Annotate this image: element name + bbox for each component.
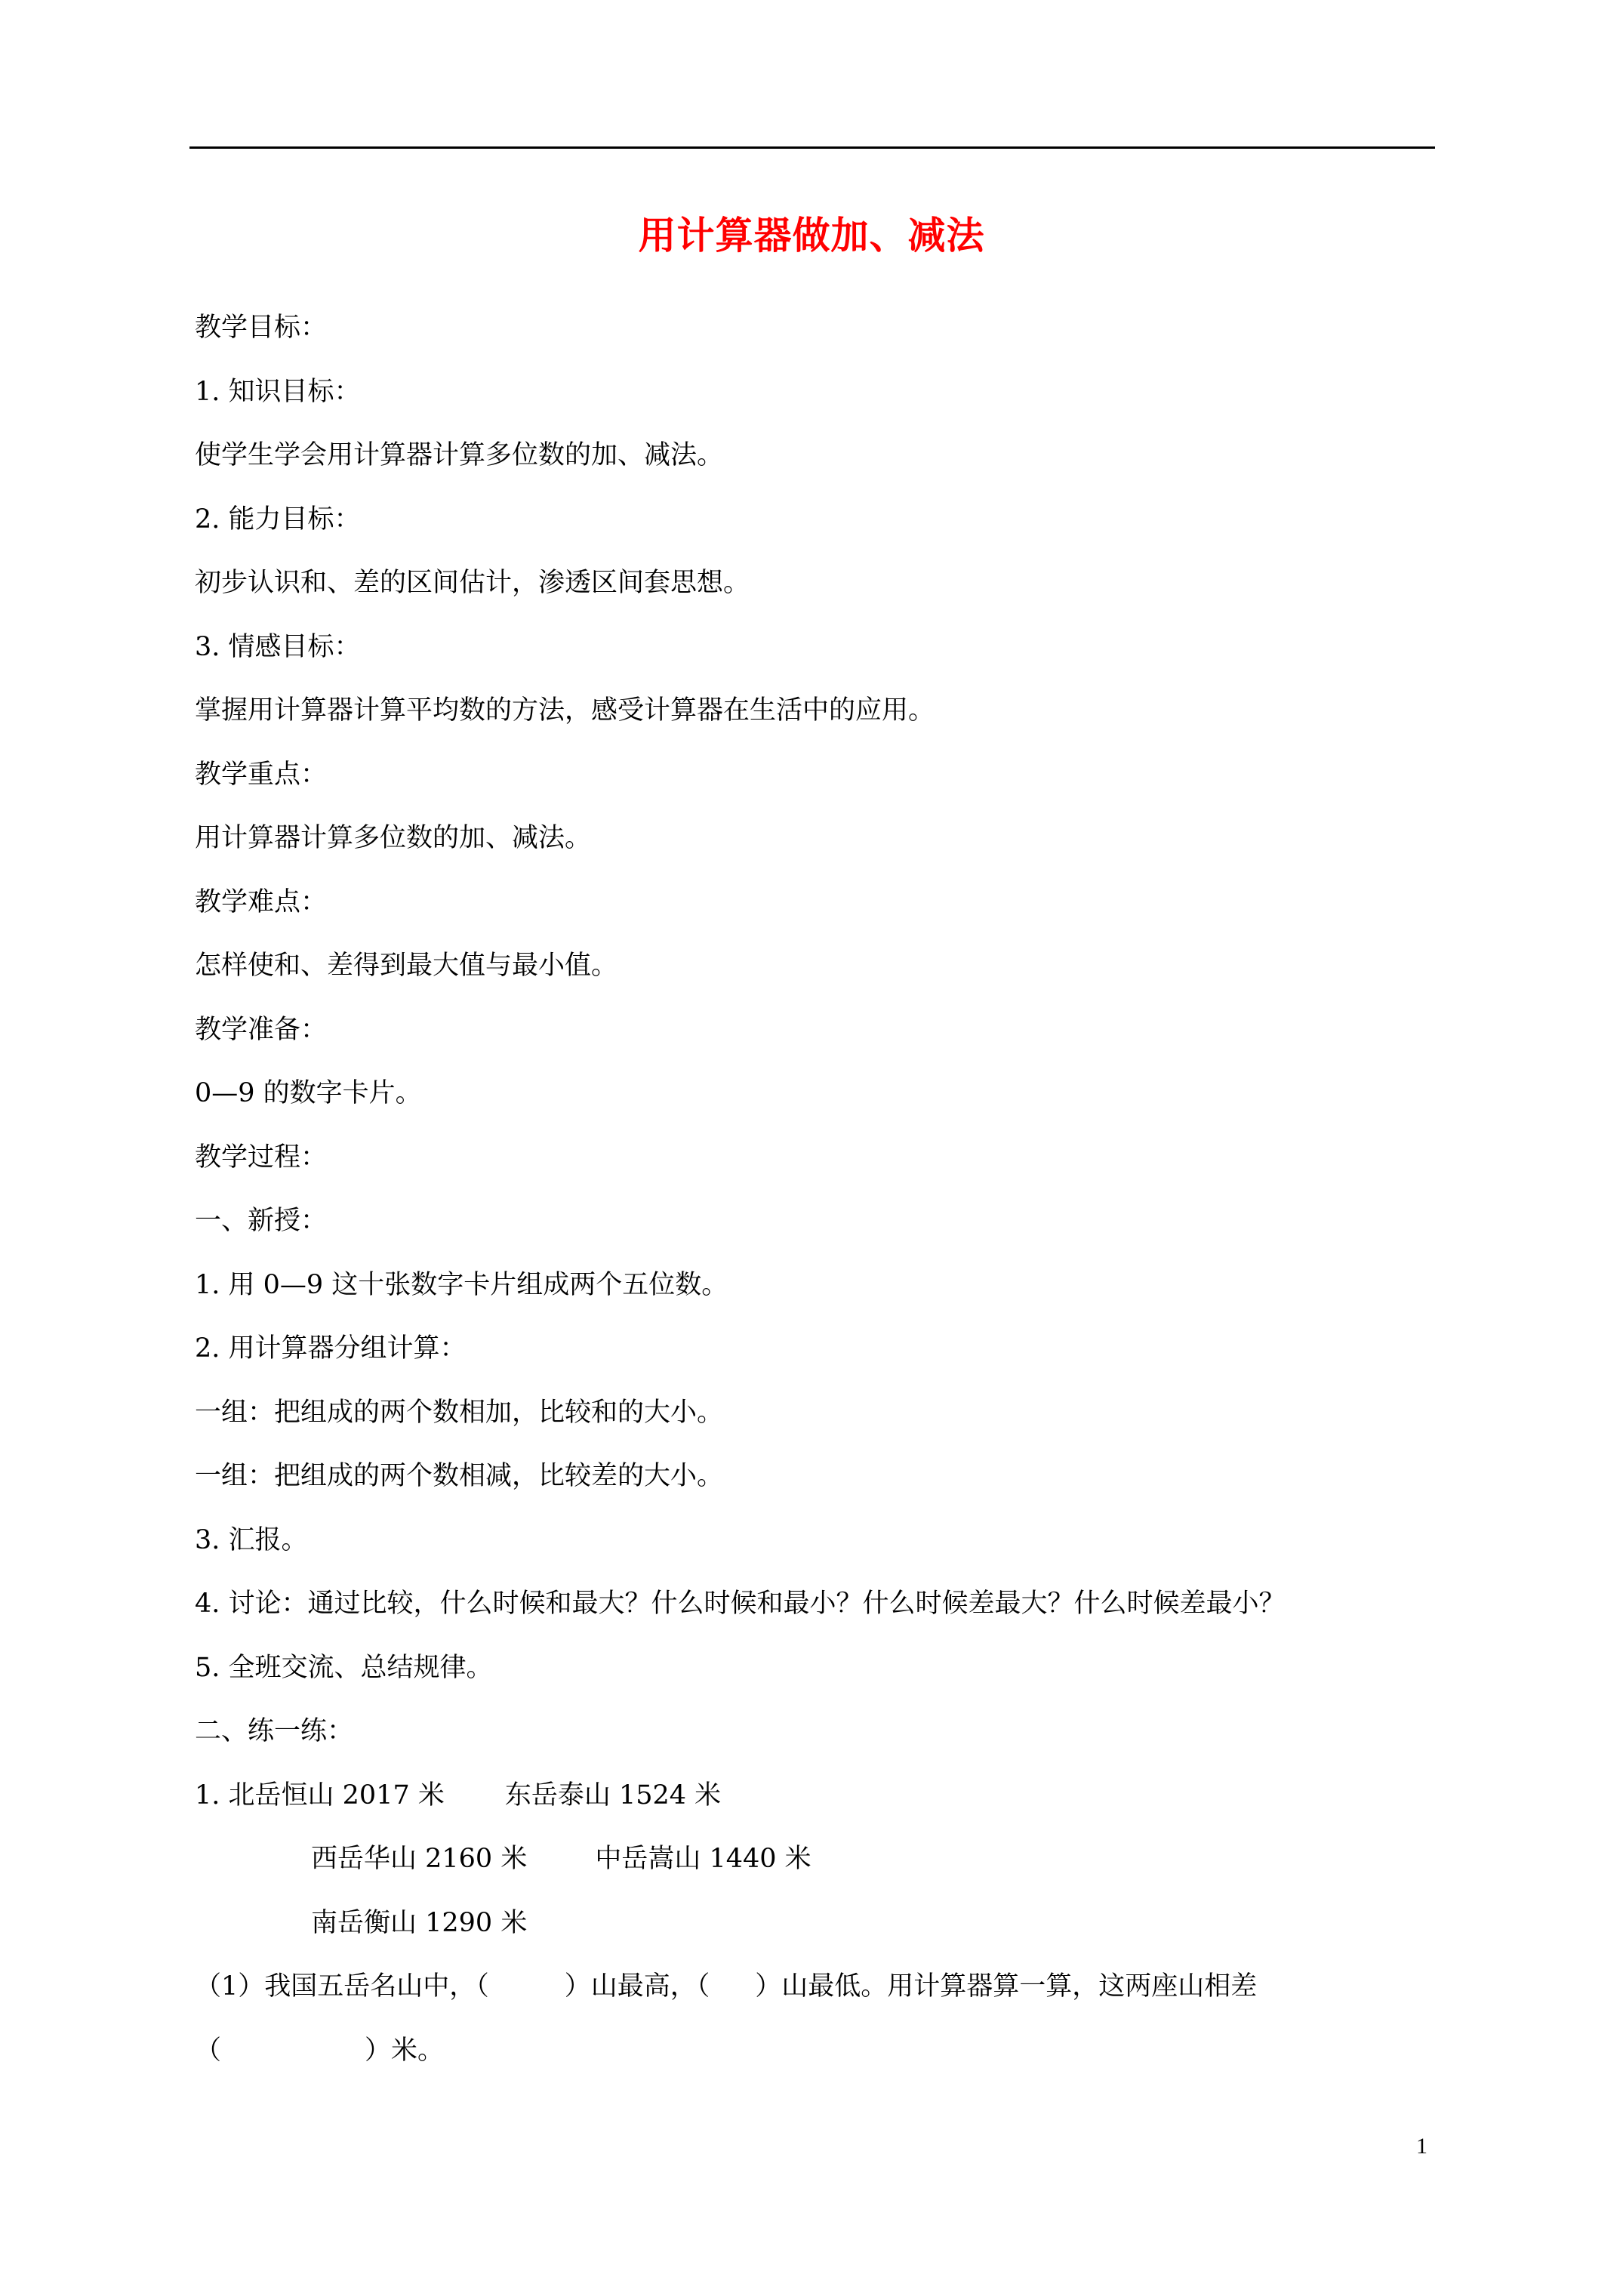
exercise-number: 1. <box>195 1780 229 1811</box>
knowledge-objective-heading: 1. 知识目标： <box>195 360 1440 424</box>
ability-objective-heading: 2. 能力目标： <box>195 488 1440 552</box>
section-heading-objectives: 教学目标： <box>195 296 1440 360</box>
mountain-central: 中岳嵩山 1440 米 <box>595 1844 811 1874</box>
practice-heading: 二、练一练： <box>195 1700 1440 1764</box>
process-step-2: 2. 用计算器分组计算： <box>195 1317 1440 1381</box>
process-step-1: 1. 用 0—9 这十张数字卡片组成两个五位数。 <box>195 1253 1440 1318</box>
mountain-west: 西岳华山 2160 米 <box>311 1844 527 1874</box>
header-rule <box>189 146 1435 149</box>
new-lesson-heading: 一、新授： <box>195 1189 1440 1253</box>
mountain-row-2: 西岳华山 2160 米中岳嵩山 1440 米 <box>195 1827 1440 1891</box>
process-step-3: 3. 汇报。 <box>195 1509 1440 1573</box>
difficulties-text: 怎样使和、差得到最大值与最小值。 <box>195 934 1440 998</box>
mountain-south: 南岳衡山 1290 米 <box>311 1908 527 1938</box>
section-heading-process: 教学过程： <box>195 1126 1440 1190</box>
process-step-4: 4. 讨论：通过比较，什么时候和最大？什么时候和最小？什么时候差最大？什么时候差… <box>195 1572 1440 1636</box>
question-1-continuation: （）米。 <box>195 2019 1440 2083</box>
mountain-east: 东岳泰山 1524 米 <box>505 1780 721 1811</box>
section-heading-preparation: 教学准备： <box>195 998 1440 1062</box>
ability-objective-text: 初步认识和、差的区间估计，渗透区间套思想。 <box>195 551 1440 615</box>
question-1: （1）我国五岳名山中，（）山最高，（）山最低。用计算器算一算，这两座山相差 <box>195 1955 1440 2019</box>
emotion-objective-text: 掌握用计算器计算平均数的方法，感受计算器在生活中的应用。 <box>195 679 1440 743</box>
mountain-row-3: 南岳衡山 1290 米 <box>195 1891 1440 1955</box>
knowledge-objective-text: 使学生学会用计算器计算多位数的加、减法。 <box>195 424 1440 488</box>
page-number: 1 <box>1416 2134 1427 2159</box>
question-1-part2: ）山最高，（ <box>565 1971 710 2002</box>
section-heading-difficulties: 教学难点： <box>195 871 1440 935</box>
question-1-part1: （1）我国五岳名山中，（ <box>195 1971 489 2002</box>
question-1-close: ）米。 <box>365 2036 444 2066</box>
question-1-part3: ）山最低。用计算器算一算，这两座山相差 <box>755 1971 1257 2002</box>
question-1-open-paren: （ <box>195 2036 221 2066</box>
emotion-objective-heading: 3. 情感目标： <box>195 615 1440 680</box>
document-body: 教学目标： 1. 知识目标： 使学生学会用计算器计算多位数的加、减法。 2. 能… <box>195 296 1440 2082</box>
process-step-5: 5. 全班交流、总结规律。 <box>195 1636 1440 1700</box>
mountain-north: 北岳恒山 2017 米 <box>229 1780 445 1811</box>
section-heading-key-points: 教学重点： <box>195 743 1440 807</box>
document-title: 用计算器做加、减法 <box>0 213 1623 258</box>
mountain-row-1: 1. 北岳恒山 2017 米东岳泰山 1524 米 <box>195 1764 1440 1828</box>
group-addition-task: 一组：把组成的两个数相加，比较和的大小。 <box>195 1381 1440 1445</box>
preparation-text: 0—9 的数字卡片。 <box>195 1062 1440 1126</box>
key-points-text: 用计算器计算多位数的加、减法。 <box>195 806 1440 871</box>
group-subtraction-task: 一组：把组成的两个数相减，比较差的大小。 <box>195 1444 1440 1509</box>
